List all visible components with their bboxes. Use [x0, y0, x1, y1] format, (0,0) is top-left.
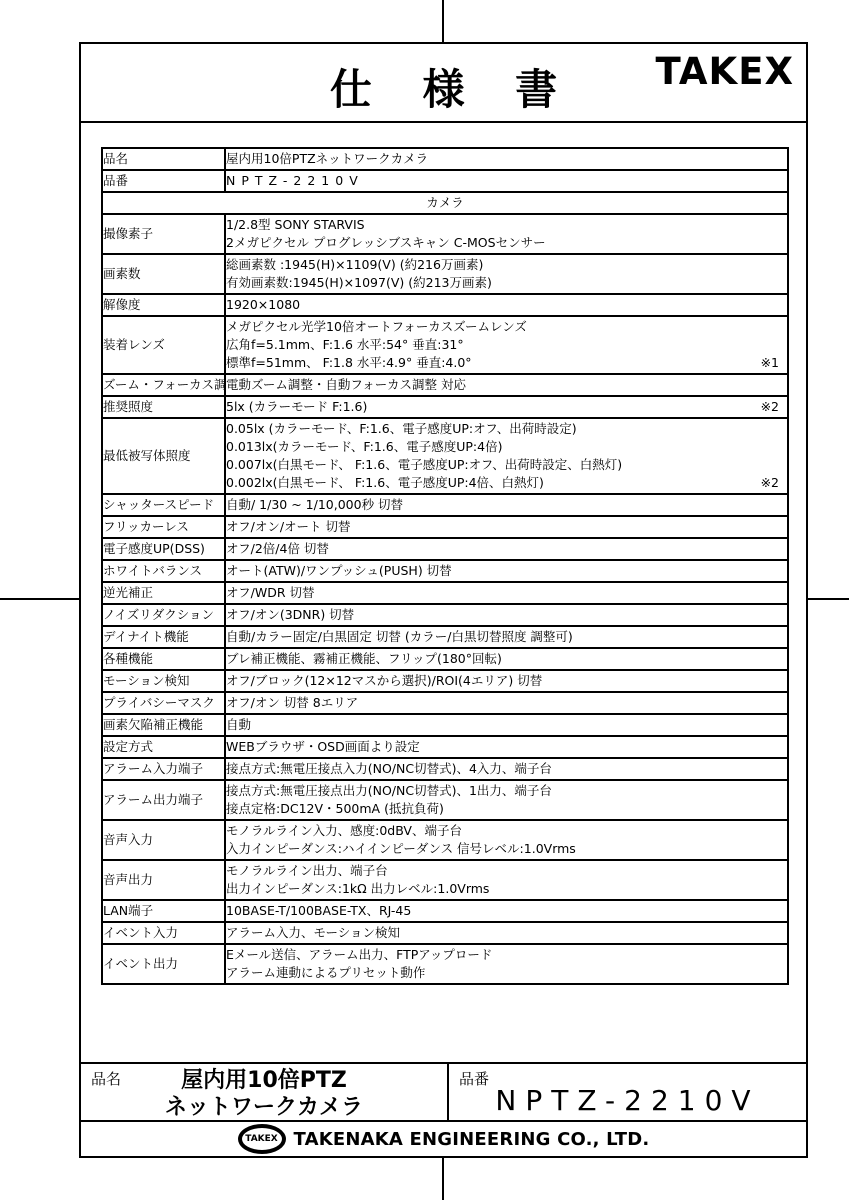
spec-value-cell: 電動ズーム調整・自動フォーカス調整 対応: [225, 374, 788, 396]
spec-value-cell: 自動/ 1/30 ~ 1/10,000秒 切替: [225, 494, 788, 516]
spec-label-cell: 装着レンズ: [102, 316, 225, 374]
registration-mark-top: [442, 0, 444, 44]
spec-value-cell: メガピクセル光学10倍オートフォーカスズームレンズ広角f=5.1mm、F:1.6…: [225, 316, 788, 374]
sheet-header: 仕 様 書 TAKEX: [81, 44, 806, 123]
spec-value-line: モノラルライン入力、感度:0dBV、端子台: [226, 822, 787, 840]
spec-label-cell: 解像度: [102, 294, 225, 316]
spec-value-cell: ブレ補正機能、霧補正機能、フリップ(180°回転): [225, 648, 788, 670]
spec-label-cell: フリッカーレス: [102, 516, 225, 538]
spec-label-cell: デイナイト機能: [102, 626, 225, 648]
spec-value-line: オフ/2倍/4倍 切替: [226, 540, 787, 558]
note-label: ※2: [761, 398, 787, 416]
spec-value-cell: オフ/オン/オート 切替: [225, 516, 788, 538]
spec-value-text: 総画素数 :1945(H)×1109(V) (約216万画素): [226, 256, 483, 274]
spec-value-line: 有効画素数:1945(H)×1097(V) (約213万画素): [226, 274, 787, 292]
spec-value-text: モノラルライン出力、端子台: [226, 862, 388, 880]
spec-value-text: 有効画素数:1945(H)×1097(V) (約213万画素): [226, 274, 492, 292]
product-name-box: 品名 屋内用10倍PTZ ネットワークカメラ: [81, 1064, 447, 1120]
spec-value-text: オフ/オン(3DNR) 切替: [226, 606, 354, 624]
spec-value-line: 2メガピクセル プログレッシブスキャン C-MOSセンサー: [226, 234, 787, 252]
spec-value-text: 自動/ 1/30 ~ 1/10,000秒 切替: [226, 496, 403, 514]
spec-label-cell: 画素欠陥補正機能: [102, 714, 225, 736]
spec-value-text: 10BASE-T/100BASE-TX、RJ-45: [226, 902, 411, 920]
spec-value-cell: モノラルライン出力、端子台出力インピーダンス:1kΩ 出力レベル:1.0Vrms: [225, 860, 788, 900]
spec-value-line: 10BASE-T/100BASE-TX、RJ-45: [226, 902, 787, 920]
spec-value-text: 標準f=51mm、 F:1.8 水平:4.9° 垂直:4.0°: [226, 354, 472, 372]
model-number-value: NPTZ-2210V: [449, 1064, 806, 1117]
spec-value-text: オフ/オン 切替 8エリア: [226, 694, 358, 712]
takex-seal-text: TAKEX: [245, 1134, 277, 1144]
spec-row: 各種機能ブレ補正機能、霧補正機能、フリップ(180°回転): [102, 648, 788, 670]
spec-row: 品名屋内用10倍PTZネットワークカメラ: [102, 148, 788, 170]
spec-label-cell: ノイズリダクション: [102, 604, 225, 626]
spec-row: 画素欠陥補正機能自動: [102, 714, 788, 736]
registration-mark-right: [807, 598, 849, 600]
spec-row: LAN端子10BASE-T/100BASE-TX、RJ-45: [102, 900, 788, 922]
spec-value-cell: モノラルライン入力、感度:0dBV、端子台入力インピーダンス:ハイインピーダンス…: [225, 820, 788, 860]
spec-label-cell: アラーム出力端子: [102, 780, 225, 820]
spec-value-cell: オフ/WDR 切替: [225, 582, 788, 604]
spec-label-cell: プライバシーマスク: [102, 692, 225, 714]
spec-label-cell: イベント入力: [102, 922, 225, 944]
spec-row: カメラ: [102, 192, 788, 214]
spec-label-cell: ホワイトバランス: [102, 560, 225, 582]
spec-value-text: 電動ズーム調整・自動フォーカス調整 対応: [226, 376, 466, 394]
spec-value-cell: オフ/オン(3DNR) 切替: [225, 604, 788, 626]
spec-value-text: 接点方式:無電圧接点出力(NO/NC切替式)、1出力、端子台: [226, 782, 552, 800]
spec-row: ズーム・フォーカス調整電動ズーム調整・自動フォーカス調整 対応: [102, 374, 788, 396]
spec-value-text: WEBブラウザ・OSD画面より設定: [226, 738, 420, 756]
spec-value-text: 0.002lx(白黒モード、 F:1.6、電子感度UP:4倍、白熱灯): [226, 474, 544, 492]
spec-row: イベント入力アラーム入力、モーション検知: [102, 922, 788, 944]
spec-row: 逆光補正オフ/WDR 切替: [102, 582, 788, 604]
spec-label-cell: 推奨照度: [102, 396, 225, 418]
spec-label-cell: モーション検知: [102, 670, 225, 692]
spec-value-text: 広角f=5.1mm、F:1.6 水平:54° 垂直:31°: [226, 336, 464, 354]
spec-value-cell: オート(ATW)/ワンプッシュ(PUSH) 切替: [225, 560, 788, 582]
product-name-line1: 屋内用10倍PTZ: [81, 1067, 447, 1094]
spec-label-cell: ズーム・フォーカス調整: [102, 374, 225, 396]
spec-label-cell: 最低被写体照度: [102, 418, 225, 494]
spec-row: 音声出力モノラルライン出力、端子台出力インピーダンス:1kΩ 出力レベル:1.0…: [102, 860, 788, 900]
spec-value-text: 接点方式:無電圧接点入力(NO/NC切替式)、4入力、端子台: [226, 760, 552, 778]
spec-value-cell: 総画素数 :1945(H)×1109(V) (約216万画素)有効画素数:194…: [225, 254, 788, 294]
spec-value-text: 接点定格:DC12V・500mA (抵抗負荷): [226, 800, 444, 818]
spec-value-text: オフ/2倍/4倍 切替: [226, 540, 329, 558]
spec-value-cell: 自動/カラー固定/白黒固定 切替 (カラー/白黒切替照度 調整可): [225, 626, 788, 648]
spec-value-text: 1/2.8型 SONY STARVIS: [226, 216, 365, 234]
spec-value-text: NPTZ-2210V: [226, 172, 364, 190]
spec-value-line: アラーム連動によるプリセット動作: [226, 964, 787, 982]
spec-value-line: 標準f=51mm、 F:1.8 水平:4.9° 垂直:4.0°※1: [226, 354, 787, 372]
spec-value-cell: 10BASE-T/100BASE-TX、RJ-45: [225, 900, 788, 922]
spec-row: シャッタースピード自動/ 1/30 ~ 1/10,000秒 切替: [102, 494, 788, 516]
takex-seal-logo: TAKEX: [238, 1124, 286, 1154]
spec-value-line: 接点定格:DC12V・500mA (抵抗負荷): [226, 800, 787, 818]
spec-value-text: 自動/カラー固定/白黒固定 切替 (カラー/白黒切替照度 調整可): [226, 628, 573, 646]
spec-value-line: メガピクセル光学10倍オートフォーカスズームレンズ: [226, 318, 787, 336]
spec-value-cell: オフ/オン 切替 8エリア: [225, 692, 788, 714]
spec-value-cell: 自動: [225, 714, 788, 736]
spec-value-line: 1/2.8型 SONY STARVIS: [226, 216, 787, 234]
spec-value-line: 自動: [226, 716, 787, 734]
spec-value-cell: アラーム入力、モーション検知: [225, 922, 788, 944]
spec-row: ホワイトバランスオート(ATW)/ワンプッシュ(PUSH) 切替: [102, 560, 788, 582]
spec-value-line: 総画素数 :1945(H)×1109(V) (約216万画素): [226, 256, 787, 274]
spec-value-cell: 接点方式:無電圧接点入力(NO/NC切替式)、4入力、端子台: [225, 758, 788, 780]
spec-value-line: オフ/オン/オート 切替: [226, 518, 787, 536]
spec-value-line: WEBブラウザ・OSD画面より設定: [226, 738, 787, 756]
spec-value-line: モノラルライン出力、端子台: [226, 862, 787, 880]
spec-sheet-page: 仕 様 書 TAKEX 品名屋内用10倍PTZネットワークカメラ品番NPTZ-2…: [79, 42, 808, 1158]
spec-value-cell: 接点方式:無電圧接点出力(NO/NC切替式)、1出力、端子台接点定格:DC12V…: [225, 780, 788, 820]
company-name: TAKENAKA ENGINEERING CO., LTD.: [294, 1129, 650, 1150]
spec-value-text: 2メガピクセル プログレッシブスキャン C-MOSセンサー: [226, 234, 546, 252]
spec-value-line: オフ/ブロック(12×12マスから選択)/ROI(4エリア) 切替: [226, 672, 787, 690]
spec-row: デイナイト機能自動/カラー固定/白黒固定 切替 (カラー/白黒切替照度 調整可): [102, 626, 788, 648]
registration-mark-bottom: [442, 1156, 444, 1200]
spec-table: 品名屋内用10倍PTZネットワークカメラ品番NPTZ-2210Vカメラ撮像素子1…: [101, 147, 789, 985]
spec-row: 解像度1920×1080: [102, 294, 788, 316]
spec-value-line: 広角f=5.1mm、F:1.6 水平:54° 垂直:31°: [226, 336, 787, 354]
spec-value-text: 屋内用10倍PTZネットワークカメラ: [226, 150, 428, 168]
product-name-label: 品名: [91, 1068, 121, 1089]
spec-label-cell: 電子感度UP(DSS): [102, 538, 225, 560]
spec-label-cell: イベント出力: [102, 944, 225, 984]
spec-value-line: NPTZ-2210V: [226, 172, 787, 190]
spec-value-text: オート(ATW)/ワンプッシュ(PUSH) 切替: [226, 562, 452, 580]
spec-value-line: 0.05lx (カラーモード、F:1.6、電子感度UP:オフ、出荷時設定): [226, 420, 787, 438]
spec-value-cell: WEBブラウザ・OSD画面より設定: [225, 736, 788, 758]
note-label: ※2: [761, 474, 787, 492]
spec-label-cell: アラーム入力端子: [102, 758, 225, 780]
spec-label-cell: 品名: [102, 148, 225, 170]
spec-value-line: オート(ATW)/ワンプッシュ(PUSH) 切替: [226, 562, 787, 580]
spec-value-cell: Eメール送信、アラーム出力、FTPアップロードアラーム連動によるプリセット動作: [225, 944, 788, 984]
spec-label-cell: 音声入力: [102, 820, 225, 860]
spec-value-text: アラーム入力、モーション検知: [226, 924, 400, 942]
spec-value-line: オフ/オン(3DNR) 切替: [226, 606, 787, 624]
spec-value-text: 1920×1080: [226, 296, 300, 314]
spec-value-line: 接点方式:無電圧接点入力(NO/NC切替式)、4入力、端子台: [226, 760, 787, 778]
spec-label-cell: 撮像素子: [102, 214, 225, 254]
model-number-label: 品番: [459, 1068, 489, 1089]
spec-value-text: 出力インピーダンス:1kΩ 出力レベル:1.0Vrms: [226, 880, 489, 898]
spec-value-cell: オフ/2倍/4倍 切替: [225, 538, 788, 560]
registration-mark-left: [0, 598, 80, 600]
spec-value-text: オフ/オン/オート 切替: [226, 518, 351, 536]
spec-label-cell: 各種機能: [102, 648, 225, 670]
product-name-line2: ネットワークカメラ: [81, 1094, 447, 1121]
spec-value-line: 5lx (カラーモード F:1.6)※2: [226, 398, 787, 416]
spec-row: アラーム入力端子接点方式:無電圧接点入力(NO/NC切替式)、4入力、端子台: [102, 758, 788, 780]
spec-value-text: 0.05lx (カラーモード、F:1.6、電子感度UP:オフ、出荷時設定): [226, 420, 577, 438]
spec-row: 音声入力モノラルライン入力、感度:0dBV、端子台入力インピーダンス:ハイインピ…: [102, 820, 788, 860]
spec-value-line: 自動/カラー固定/白黒固定 切替 (カラー/白黒切替照度 調整可): [226, 628, 787, 646]
spec-label-cell: 逆光補正: [102, 582, 225, 604]
spec-value-line: 0.013lx(カラーモード、F:1.6、電子感度UP:4倍): [226, 438, 787, 456]
spec-value-cell: 1/2.8型 SONY STARVIS2メガピクセル プログレッシブスキャン C…: [225, 214, 788, 254]
spec-row: 最低被写体照度0.05lx (カラーモード、F:1.6、電子感度UP:オフ、出荷…: [102, 418, 788, 494]
model-number-box: 品番 NPTZ-2210V: [447, 1064, 806, 1120]
spec-value-text: モノラルライン入力、感度:0dBV、端子台: [226, 822, 462, 840]
spec-row: 画素数総画素数 :1945(H)×1109(V) (約216万画素)有効画素数:…: [102, 254, 788, 294]
spec-value-text: ブレ補正機能、霧補正機能、フリップ(180°回転): [226, 650, 502, 668]
spec-value-line: 接点方式:無電圧接点出力(NO/NC切替式)、1出力、端子台: [226, 782, 787, 800]
spec-value-line: 入力インピーダンス:ハイインピーダンス 信号レベル:1.0Vrms: [226, 840, 787, 858]
spec-row: 推奨照度5lx (カラーモード F:1.6)※2: [102, 396, 788, 418]
spec-label-cell: 品番: [102, 170, 225, 192]
spec-value-line: 出力インピーダンス:1kΩ 出力レベル:1.0Vrms: [226, 880, 787, 898]
spec-label-cell: 音声出力: [102, 860, 225, 900]
spec-value-text: メガピクセル光学10倍オートフォーカスズームレンズ: [226, 318, 527, 336]
spec-value-text: 入力インピーダンス:ハイインピーダンス 信号レベル:1.0Vrms: [226, 840, 576, 858]
name-model-row: 品名 屋内用10倍PTZ ネットワークカメラ 品番 NPTZ-2210V: [81, 1062, 806, 1120]
spec-value-line: 電動ズーム調整・自動フォーカス調整 対応: [226, 376, 787, 394]
spec-label-cell: シャッタースピード: [102, 494, 225, 516]
spec-row: 品番NPTZ-2210V: [102, 170, 788, 192]
spec-table-body: 品名屋内用10倍PTZネットワークカメラ品番NPTZ-2210Vカメラ撮像素子1…: [102, 148, 788, 984]
spec-row: ノイズリダクションオフ/オン(3DNR) 切替: [102, 604, 788, 626]
spec-value-text: オフ/WDR 切替: [226, 584, 314, 602]
spec-value-cell: オフ/ブロック(12×12マスから選択)/ROI(4エリア) 切替: [225, 670, 788, 692]
spec-value-line: 自動/ 1/30 ~ 1/10,000秒 切替: [226, 496, 787, 514]
spec-label-cell: LAN端子: [102, 900, 225, 922]
spec-row: フリッカーレスオフ/オン/オート 切替: [102, 516, 788, 538]
spec-value-text: 0.007lx(白黒モード、 F:1.6、電子感度UP:オフ、出荷時設定、白熱灯…: [226, 456, 622, 474]
spec-row: 設定方式WEBブラウザ・OSD画面より設定: [102, 736, 788, 758]
spec-value-line: Eメール送信、アラーム出力、FTPアップロード: [226, 946, 787, 964]
spec-value-cell: 5lx (カラーモード F:1.6)※2: [225, 396, 788, 418]
spec-value-line: 0.002lx(白黒モード、 F:1.6、電子感度UP:4倍、白熱灯)※2: [226, 474, 787, 492]
spec-row: モーション検知オフ/ブロック(12×12マスから選択)/ROI(4エリア) 切替: [102, 670, 788, 692]
spec-value-text: オフ/ブロック(12×12マスから選択)/ROI(4エリア) 切替: [226, 672, 542, 690]
spec-row: アラーム出力端子接点方式:無電圧接点出力(NO/NC切替式)、1出力、端子台接点…: [102, 780, 788, 820]
spec-value-line: ブレ補正機能、霧補正機能、フリップ(180°回転): [226, 650, 787, 668]
spec-row: 電子感度UP(DSS)オフ/2倍/4倍 切替: [102, 538, 788, 560]
bottom-title-block: 品名 屋内用10倍PTZ ネットワークカメラ 品番 NPTZ-2210V TAK…: [81, 1062, 806, 1156]
section-header-cell: カメラ: [102, 192, 788, 214]
product-name-value: 屋内用10倍PTZ ネットワークカメラ: [81, 1064, 447, 1121]
spec-row: 装着レンズメガピクセル光学10倍オートフォーカスズームレンズ広角f=5.1mm、…: [102, 316, 788, 374]
spec-value-line: オフ/WDR 切替: [226, 584, 787, 602]
spec-row: イベント出力Eメール送信、アラーム出力、FTPアップロードアラーム連動によるプリ…: [102, 944, 788, 984]
spec-value-line: オフ/オン 切替 8エリア: [226, 694, 787, 712]
company-bar: TAKEX TAKENAKA ENGINEERING CO., LTD.: [81, 1120, 806, 1156]
spec-row: プライバシーマスクオフ/オン 切替 8エリア: [102, 692, 788, 714]
spec-value-line: 1920×1080: [226, 296, 787, 314]
spec-value-text: Eメール送信、アラーム出力、FTPアップロード: [226, 946, 492, 964]
spec-value-cell: 1920×1080: [225, 294, 788, 316]
note-label: ※1: [761, 354, 787, 372]
spec-value-cell: NPTZ-2210V: [225, 170, 788, 192]
spec-value-line: アラーム入力、モーション検知: [226, 924, 787, 942]
brand-logo: TAKEX: [656, 50, 794, 93]
spec-value-cell: 0.05lx (カラーモード、F:1.6、電子感度UP:オフ、出荷時設定)0.0…: [225, 418, 788, 494]
spec-value-text: 自動: [226, 716, 251, 734]
spec-value-text: 5lx (カラーモード F:1.6): [226, 398, 367, 416]
spec-value-line: 0.007lx(白黒モード、 F:1.6、電子感度UP:オフ、出荷時設定、白熱灯…: [226, 456, 787, 474]
spec-value-cell: 屋内用10倍PTZネットワークカメラ: [225, 148, 788, 170]
spec-label-cell: 画素数: [102, 254, 225, 294]
spec-value-line: 屋内用10倍PTZネットワークカメラ: [226, 150, 787, 168]
spec-value-text: 0.013lx(カラーモード、F:1.6、電子感度UP:4倍): [226, 438, 502, 456]
spec-row: 撮像素子1/2.8型 SONY STARVIS2メガピクセル プログレッシブスキ…: [102, 214, 788, 254]
spec-label-cell: 設定方式: [102, 736, 225, 758]
spec-value-text: アラーム連動によるプリセット動作: [226, 964, 425, 982]
